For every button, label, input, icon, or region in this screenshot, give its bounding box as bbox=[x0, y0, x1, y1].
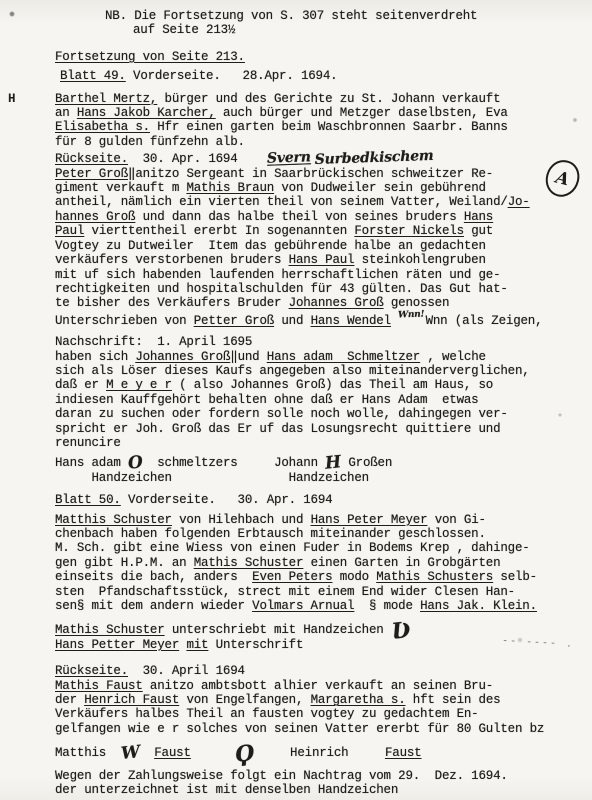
underlined-name: Mathis Schusters bbox=[376, 570, 493, 584]
text-segment: mit uf sich habenden laufenden herrschaf… bbox=[55, 268, 500, 282]
text-segment: einen Garten in Grobgärten bbox=[303, 556, 500, 570]
text-segment: anitzo ambtsbott alhier verkauft an sein… bbox=[143, 679, 493, 693]
underlined-name: Blatt 50. bbox=[55, 493, 121, 507]
text-line: sich als Löser dieses Kaufs angegeben al… bbox=[55, 364, 584, 378]
text-line: Unterschrieben von Petter Groß und Hans … bbox=[55, 314, 584, 329]
text-segment: der bbox=[55, 693, 84, 707]
text-segment: ‖anitzo Sergeant in Saarbrückischen schw… bbox=[128, 167, 493, 181]
document-content: NB. Die Fortsetzung von S. 307 steht sei… bbox=[0, 0, 592, 798]
underlined-name: Fortsetzung von Seite 213. bbox=[55, 50, 245, 64]
underlined-name: Johannes Groß bbox=[135, 350, 230, 364]
handwritten-circle-mark: O bbox=[128, 463, 143, 465]
underlined-name: Faust bbox=[154, 746, 191, 760]
underlined-name: Volmars Arnual bbox=[252, 599, 354, 613]
erbtausch-paragraph: Matthis Schuster von Hilehbach und Hans … bbox=[55, 513, 584, 614]
text-line: Mathis Faust anitzo ambtsbott alhier ver… bbox=[55, 679, 584, 693]
text-line: te bisher des Verkäufers Bruder Johannes… bbox=[55, 296, 584, 310]
text-line: an Hans Jakob Karcher, auch bürger und M… bbox=[55, 106, 584, 120]
underlined-name: Hans Wendel bbox=[311, 314, 391, 328]
underlined-name: Hans Jakob Karcher, bbox=[77, 106, 216, 120]
handwritten-w-mark: W bbox=[121, 752, 140, 754]
underlined-name: Rückseite. bbox=[55, 664, 128, 678]
text-segment: Vorderseite. 28.Apr. 1694. bbox=[126, 69, 338, 83]
text-segment: rechtigkeiten und hospitalschulden für 4… bbox=[55, 282, 508, 296]
text-segment: von Gi- bbox=[427, 513, 485, 527]
text-segment: hft sein des bbox=[406, 693, 501, 707]
underlined-name: Hans adam Schmeltzer bbox=[267, 350, 420, 364]
text-segment: Unterschrieben von bbox=[55, 314, 194, 328]
underlined-name: Johannes Groß bbox=[289, 296, 384, 310]
underlined-name: Jo- bbox=[508, 195, 530, 209]
text-segment: Nachschrift: 1. April 1695 bbox=[55, 335, 252, 349]
text-segment: ( also Johannes Groß) das Theil am Haus,… bbox=[172, 378, 493, 392]
text-line: giment verkauft m Mathis Braun von Dudwe… bbox=[55, 181, 584, 195]
text-segment: antheil, nämlich ein vierten theil von s… bbox=[55, 195, 508, 209]
text-line: verkäufers verstorbenen bruders Hans Pau… bbox=[55, 253, 584, 267]
text-line: daran zu suchen oder fordern solle noch … bbox=[55, 407, 584, 421]
text-segment: gut bbox=[464, 224, 493, 238]
text-segment: modo bbox=[332, 570, 376, 584]
underlined-name: Paul bbox=[55, 224, 84, 238]
text-segment: Johann bbox=[274, 456, 325, 470]
text-segment: Vorderseite. 30. Apr. 1694 bbox=[121, 493, 333, 507]
nb-note: NB. Die Fortsetzung von S. 307 steht sei… bbox=[105, 9, 584, 38]
text-segment: Unterschrift bbox=[208, 638, 303, 652]
text-segment: daran zu suchen oder fordern solle noch … bbox=[55, 407, 508, 421]
text-segment: auch bürger und Metzger daselbsten, Eva bbox=[216, 106, 508, 120]
text-segment: Matthis bbox=[55, 746, 121, 760]
text-segment: an bbox=[55, 106, 77, 120]
text-segment bbox=[191, 746, 235, 760]
text-line: antheil, nämlich ein vierten theil von s… bbox=[55, 195, 584, 209]
text-segment: der unterzeichnet ist mit denselben Hand… bbox=[55, 783, 398, 797]
nachtrag-paragraph: Wegen der Zahlungsweise folgt ein Nachtr… bbox=[55, 769, 584, 798]
text-segment: spricht er Joh. Groß das Er uf das Losun… bbox=[55, 422, 500, 436]
underlined-name: Hans Peter Meyer bbox=[311, 513, 428, 527]
text-segment: chenbach haben folgenden Erbtausch mitei… bbox=[55, 527, 486, 541]
text-segment: steinkohlengruben bbox=[354, 253, 485, 267]
text-line: gen gibt H.P.M. an Mathis Schuster einen… bbox=[55, 556, 584, 570]
text-line: der Henrich Faust von Engelfangen, Marga… bbox=[55, 693, 584, 707]
underlined-name: Mathis Faust bbox=[55, 679, 143, 693]
unterschrieben-line: Unterschrieben von Petter Groß und Hans … bbox=[55, 314, 584, 329]
margin-letter-label: H bbox=[8, 92, 16, 106]
text-segment: und bbox=[274, 314, 311, 328]
text-segment: NB. Die Fortsetzung von S. 307 steht sei… bbox=[105, 9, 477, 23]
text-segment: te bisher des Verkäufers Bruder bbox=[55, 296, 289, 310]
text-segment: von Dudweiler sein gebührend bbox=[274, 181, 486, 195]
handwritten-annotation: Surbedkischem bbox=[310, 149, 434, 168]
underlined-name: Henrich Faust bbox=[84, 693, 179, 707]
text-segment bbox=[140, 746, 155, 760]
text-segment: Handzeichen Handzeichen bbox=[55, 471, 369, 485]
text-line: daß er M e y e r ( also Johannes Groß) d… bbox=[55, 378, 584, 392]
text-segment: indiesen Kauffgehört behalten ohne daß e… bbox=[55, 393, 478, 407]
underlined-name: M e y e r bbox=[106, 378, 172, 392]
blatt-50-heading: Blatt 50. Vorderseite. 30. Apr. 1694 bbox=[55, 493, 584, 507]
text-segment: einseits die bach, anders bbox=[55, 570, 252, 584]
text-line: sen§ mit dem andern wieder Volmars Arnua… bbox=[55, 599, 584, 613]
text-segment: schmeltzers bbox=[143, 456, 274, 470]
blatt-49-heading: Blatt 49. Vorderseite. 28.Apr. 1694. bbox=[60, 69, 584, 83]
text-segment: sich als Löser dieses Kaufs angegeben al… bbox=[55, 364, 530, 378]
underlined-name: Peter Groß bbox=[55, 167, 128, 181]
text-segment: Vogtey zu Dutweiler Item das gebührende … bbox=[55, 239, 486, 253]
handwritten-annotation: Svern bbox=[267, 150, 311, 166]
rueckseite-50-heading: Rückseite. 30. April 1694 bbox=[55, 664, 584, 678]
text-segment: verkäufers verstorbenen bruders bbox=[55, 253, 289, 267]
handwritten-h-mark: H bbox=[325, 463, 341, 465]
underlined-name: Mathis Schuster bbox=[55, 623, 165, 637]
underlined-name: Faust bbox=[385, 746, 422, 760]
text-segment: Verkäufers halbes Theil an fausten vogte… bbox=[55, 707, 478, 721]
underlined-name: Forster Nickels bbox=[354, 224, 464, 238]
text-segment: 30. Apr. 1694 bbox=[128, 152, 267, 166]
underlined-name: mit bbox=[186, 638, 208, 652]
underlined-name: Margaretha s. bbox=[311, 693, 406, 707]
text-line: haben sich Johannes Groß‖und Hans adam S… bbox=[55, 350, 584, 364]
text-line: einseits die bach, anders Even Peters mo… bbox=[55, 570, 584, 584]
text-segment: bürger und des Gerichte zu St. Johann ve… bbox=[157, 92, 500, 106]
underlined-name: Hans Jak. Klein. bbox=[420, 599, 537, 613]
text-line: rechtigkeiten und hospitalschulden für 4… bbox=[55, 282, 584, 296]
underlined-name: Hans Paul bbox=[289, 253, 355, 267]
text-line: renuncire bbox=[55, 436, 584, 450]
underlined-name: Petter Groß bbox=[194, 314, 274, 328]
text-line: Vogtey zu Dutweiler Item das gebührende … bbox=[55, 239, 584, 253]
text-segment: ‖und bbox=[230, 350, 267, 364]
text-line: NB. Die Fortsetzung von S. 307 steht sei… bbox=[105, 9, 584, 23]
text-segment: von Hilehbach und bbox=[172, 513, 311, 527]
text-segment: auf Seite 213½ bbox=[133, 23, 235, 37]
text-segment: Wnn (als Zeigen, bbox=[426, 314, 543, 328]
text-line: Blatt 49. Vorderseite. 28.Apr. 1694. bbox=[60, 69, 584, 83]
barthel-mertz-paragraph: HBarthel Mertz, bürger und des Gerichte … bbox=[55, 92, 584, 150]
text-segment: Hans adam bbox=[55, 456, 128, 470]
text-segment: Großen bbox=[341, 456, 392, 470]
peter-gross-paragraph: Peter Groß‖anitzo Sergeant in Saarbrücki… bbox=[55, 167, 584, 311]
text-line: Hans adam O schmeltzers Johann H Großen bbox=[55, 456, 584, 470]
text-line: Rückseite. 30. Apr. 1694 Svern Surbedkis… bbox=[55, 151, 584, 166]
faust-signatures: Matthis W Faust Ϙ Heinrich Faust bbox=[55, 746, 584, 760]
text-line: Verkäufers halbes Theil an fausten vogte… bbox=[55, 707, 584, 721]
text-line: mit uf sich habenden laufenden herrschaf… bbox=[55, 268, 584, 282]
text-segment: und dann das halbe theil von seines brud… bbox=[135, 210, 464, 224]
text-segment: renuncire bbox=[55, 436, 121, 450]
text-segment: sten Pfandschaftsstück, strect mit einem… bbox=[55, 585, 515, 599]
text-line: gelfangen wie e r solches von seinen Vat… bbox=[55, 722, 584, 736]
text-line: Wegen der Zahlungsweise folgt ein Nachtr… bbox=[55, 769, 584, 783]
underlined-name: Mathis Schuster bbox=[194, 556, 304, 570]
text-segment: selb- bbox=[493, 570, 537, 584]
text-segment: vierttentheil ererbt In sogenannten bbox=[84, 224, 354, 238]
text-segment: sen§ mit dem andern wieder bbox=[55, 599, 252, 613]
text-segment: Heinrich bbox=[254, 746, 385, 760]
underlined-name: Blatt 49. bbox=[60, 69, 126, 83]
text-line: für 8 gulden fünfzehn alb. bbox=[55, 135, 584, 149]
text-line: Matthis W Faust Ϙ Heinrich Faust bbox=[55, 746, 584, 760]
text-line: indiesen Kauffgehört behalten ohne daß e… bbox=[55, 393, 584, 407]
underlined-name: Barthel Mertz, bbox=[55, 92, 157, 106]
underlined-name: Elisabetha s. bbox=[55, 120, 150, 134]
text-segment: gen gibt H.P.M. an bbox=[55, 556, 194, 570]
text-segment: § mode bbox=[354, 599, 420, 613]
text-segment: haben sich bbox=[55, 350, 135, 364]
text-line: Blatt 50. Vorderseite. 30. Apr. 1694 bbox=[55, 493, 584, 507]
text-line: Rückseite. 30. April 1694 bbox=[55, 664, 584, 678]
text-line: chenbach haben folgenden Erbtausch mitei… bbox=[55, 527, 584, 541]
text-line: Paul vierttentheil ererbt In sogenannten… bbox=[55, 224, 584, 238]
text-line: auf Seite 213½ bbox=[133, 23, 584, 37]
text-line: Matthis Schuster von Hilehbach und Hans … bbox=[55, 513, 584, 527]
text-line: M. Sch. gibt eine Wiess von einen Fuder … bbox=[55, 541, 584, 555]
text-line: Barthel Mertz, bürger und des Gerichte z… bbox=[55, 92, 584, 106]
underlined-name: Even Peters bbox=[252, 570, 332, 584]
text-segment: von Engelfangen, bbox=[179, 693, 310, 707]
text-segment: Wegen der Zahlungsweise folgt ein Nachtr… bbox=[55, 769, 508, 783]
nachschrift-paragraph: Nachschrift: 1. April 1695haben sich Joh… bbox=[55, 335, 584, 450]
underlined-name: Matthis Schuster bbox=[55, 513, 172, 527]
text-line: der unterzeichnet ist mit denselben Hand… bbox=[55, 783, 584, 797]
underlined-name: Hans bbox=[464, 210, 493, 224]
text-segment: M. Sch. gibt eine Wiess von einen Fuder … bbox=[55, 541, 530, 555]
underlined-name: Rückseite. bbox=[55, 152, 128, 166]
continuation-heading: Fortsetzung von Seite 213. bbox=[55, 50, 584, 64]
text-line: Fortsetzung von Seite 213. bbox=[55, 50, 584, 64]
handzeichen-signatures-49: Hans adam O schmeltzers Johann H Großen … bbox=[55, 456, 584, 485]
underlined-name: hannes Groß bbox=[55, 210, 135, 224]
text-segment: daß er bbox=[55, 378, 106, 392]
text-line: Peter Groß‖anitzo Sergeant in Saarbrücki… bbox=[55, 167, 584, 181]
text-line: spricht er Joh. Groß das Er uf das Losun… bbox=[55, 422, 584, 436]
text-segment: Hfr einen garten beim Waschbronnen Saarb… bbox=[150, 120, 508, 134]
scanned-document-page: NB. Die Fortsetzung von S. 307 steht sei… bbox=[0, 0, 592, 800]
handwritten-bird-mark: Ʋ bbox=[391, 630, 410, 632]
text-segment: gelfangen wie e r solches von seinen Vat… bbox=[55, 722, 544, 736]
handwritten-loop-mark: Ϙ bbox=[235, 753, 254, 755]
underlined-name: Mathis Braun bbox=[186, 181, 274, 195]
text-line: sten Pfandschaftsstück, strect mit einem… bbox=[55, 585, 584, 599]
faust-paragraph: Mathis Faust anitzo ambtsbott alhier ver… bbox=[55, 679, 584, 737]
circled-letter: A bbox=[554, 167, 572, 190]
text-segment: giment verkauft m bbox=[55, 181, 186, 195]
text-segment: 30. April 1694 bbox=[128, 664, 245, 678]
underlined-name: Hans Petter Meyer bbox=[55, 638, 179, 652]
text-segment: , welche bbox=[420, 350, 486, 364]
text-line: Elisabetha s. Hfr einen garten beim Wasc… bbox=[55, 120, 584, 134]
rueckseite-49-heading: Rückseite. 30. Apr. 1694 Svern Surbedkis… bbox=[55, 151, 584, 166]
text-segment: unterschriebt mit Handzeichen bbox=[165, 623, 391, 637]
handwritten-annotation: Wnn! bbox=[398, 307, 425, 322]
text-line: hannes Groß und dann das halbe theil von… bbox=[55, 210, 584, 224]
text-line: Nachschrift: 1. April 1695 bbox=[55, 335, 584, 349]
text-segment: für 8 gulden fünfzehn alb. bbox=[55, 135, 245, 149]
